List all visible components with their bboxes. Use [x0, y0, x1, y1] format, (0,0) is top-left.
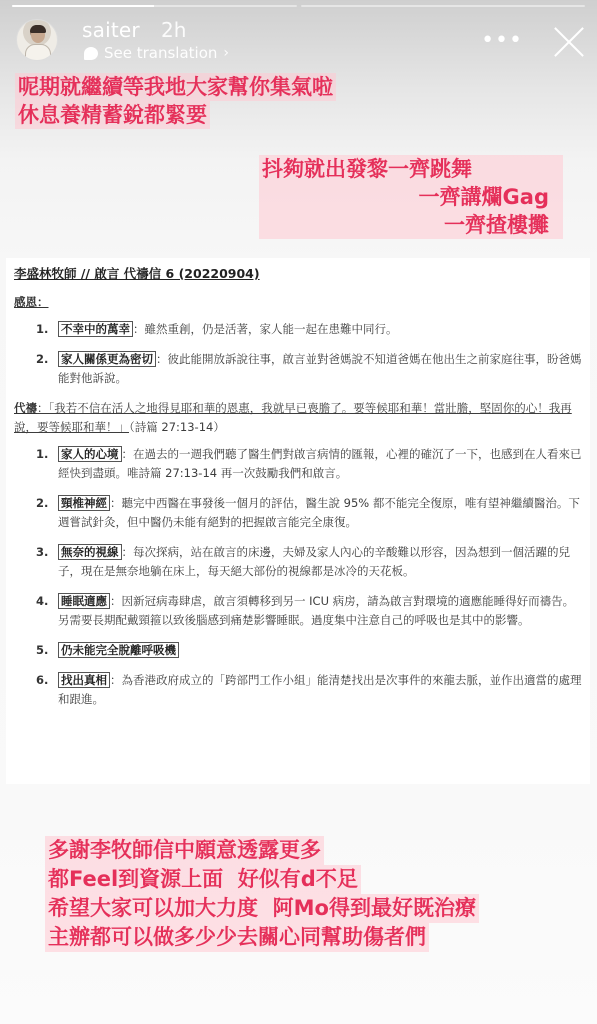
item-heading: 家人的心境 — [58, 446, 122, 462]
verse-reference: （詩篇 27:13-14） — [129, 420, 225, 434]
list-item: 1. 不幸中的萬幸：雖然重創，仍是活著，家人能一起在患難中同行。 — [36, 320, 582, 339]
item-text: ：為香港政府成立的「跨部門工作小組」能清楚找出是次事件的來龍去脈，並作出適當的處… — [58, 673, 582, 706]
caption-top: 呢期就繼續等我地大家幫你集氣啦 休息養精蓄銳都緊要 — [15, 73, 336, 129]
caption-line: 主辦都可以做多少少去關心同幫助傷者們 — [45, 923, 429, 952]
caption-line: 一齊講爛Gag — [259, 183, 563, 211]
close-icon[interactable] — [553, 26, 585, 58]
caption-line: 都Feel到資源上面 好似有d不足 — [45, 865, 361, 894]
caption-middle: 抖夠就出發黎一齊跳舞 一齊講爛Gag 一齊揸樓攤 — [259, 155, 563, 239]
list-item: 2. 家人關係更為密切：彼此能開放訴說往事，啟言並對爸媽說不知道爸媽在他出生之前… — [36, 350, 582, 388]
caption-line: 休息養精蓄銳都緊要 — [15, 101, 210, 129]
item-number: 6. — [36, 671, 48, 690]
thanks-list: 1. 不幸中的萬幸：雖然重創，仍是活著，家人能一起在患難中同行。 2. 家人關係… — [14, 320, 582, 388]
caption-line: 希望大家可以加大力度 阿Mo得到最好既治療 — [45, 894, 479, 923]
caption-line: 一齊揸樓攤 — [259, 211, 563, 239]
item-number: 5. — [36, 641, 48, 660]
caption-line: 多謝李牧師信中願意透露更多 — [45, 836, 324, 865]
story-viewer[interactable]: saiter 2h See translation › ••• 呢期就繼續等我地… — [0, 0, 597, 1024]
caption-line: 抖夠就出發黎一齊跳舞 — [259, 155, 563, 183]
story-header: saiter 2h See translation › ••• — [16, 16, 585, 64]
item-number: 4. — [36, 592, 48, 611]
speech-bubble-icon — [84, 47, 98, 60]
item-heading: 睡眠適應 — [58, 593, 110, 609]
see-translation-label: See translation — [104, 44, 217, 62]
story-progress-bar — [12, 5, 585, 7]
item-text: ：在過去的一週我們聽了醫生們對啟言病情的匯報，心裡的確沉了一下，也感到在人看來已… — [58, 447, 582, 480]
caption-line: 呢期就繼續等我地大家幫你集氣啦 — [15, 73, 336, 101]
avatar[interactable] — [16, 19, 58, 61]
more-options-icon[interactable]: ••• — [481, 30, 523, 52]
list-item: 2. 頸椎神經：聽完中西醫在事發後一個月的評估，醫生說 95% 都不能完全復原，… — [36, 494, 582, 532]
item-number: 1. — [36, 445, 48, 464]
prayer-letter-image: 李盛林牧師 // 啟言 代禱信 6 (20220904) 感恩： 1. 不幸中的… — [6, 258, 590, 784]
item-heading: 頸椎神經 — [58, 495, 110, 511]
item-number: 3. — [36, 543, 48, 562]
item-heading: 家人關係更為密切 — [58, 351, 156, 367]
username-link[interactable]: saiter — [82, 18, 140, 42]
prayer-list: 1. 家人的心境：在過去的一週我們聽了醫生們對啟言病情的匯報，心裡的確沉了一下，… — [14, 445, 582, 709]
list-item: 6. 找出真相：為香港政府成立的「跨部門工作小組」能清楚找出是次事件的來龍去脈，… — [36, 671, 582, 709]
list-item: 4. 睡眠適應：因新冠病毒肆虐，啟言須轉移到另一 ICU 病房，請為啟言對環境的… — [36, 592, 582, 630]
caption-bottom: 多謝李牧師信中願意透露更多 都Feel到資源上面 好似有d不足 希望大家可以加大… — [45, 836, 479, 952]
progress-segment — [12, 5, 297, 7]
item-heading: 找出真相 — [58, 672, 110, 688]
item-number: 1. — [36, 320, 48, 339]
document-title: 李盛林牧師 // 啟言 代禱信 6 (20220904) — [14, 264, 582, 283]
item-text: ：每次探病，站在啟言的床邊，夫婦及家人內心的辛酸難以形容，因為想到一個活躍的兒子… — [58, 545, 570, 578]
timestamp: 2h — [161, 18, 186, 42]
item-heading: 不幸中的萬幸 — [58, 321, 133, 337]
item-heading: 仍未能完全脫離呼吸機 — [58, 642, 179, 658]
progress-segment — [301, 5, 586, 7]
item-heading: 無奈的視線 — [58, 544, 122, 560]
item-number: 2. — [36, 494, 48, 513]
thanks-heading: 感恩： — [14, 293, 582, 312]
list-item: 1. 家人的心境：在過去的一週我們聽了醫生們對啟言病情的匯報，心裡的確沉了一下，… — [36, 445, 582, 483]
prayer-intro: 代禱：「我若不信在活人之地得見耶和華的恩惠，我就早已喪膽了。要等候耶和華！當壯膽… — [14, 399, 582, 437]
chevron-right-icon: › — [223, 45, 229, 61]
prayer-verse: ：「我若不信在活人之地得見耶和華的恩惠，我就早已喪膽了。要等候耶和華！當壯膽，堅… — [14, 401, 572, 434]
list-item: 5. 仍未能完全脫離呼吸機 — [36, 641, 582, 660]
prayer-heading: 代禱 — [14, 401, 37, 415]
item-text: ：雖然重創，仍是活著，家人能一起在患難中同行。 — [133, 322, 398, 336]
list-item: 3. 無奈的視線：每次探病，站在啟言的床邊，夫婦及家人內心的辛酸難以形容，因為想… — [36, 543, 582, 581]
item-number: 2. — [36, 350, 48, 369]
item-text: ：因新冠病毒肆虐，啟言須轉移到另一 ICU 病房，請為啟言對環境的適應能睡得好而… — [58, 594, 574, 627]
item-text: ：聽完中西醫在事發後一個月的評估，醫生說 95% 都不能完全復原，唯有望神繼續醫… — [58, 496, 580, 529]
see-translation-button[interactable]: See translation › — [84, 44, 229, 62]
